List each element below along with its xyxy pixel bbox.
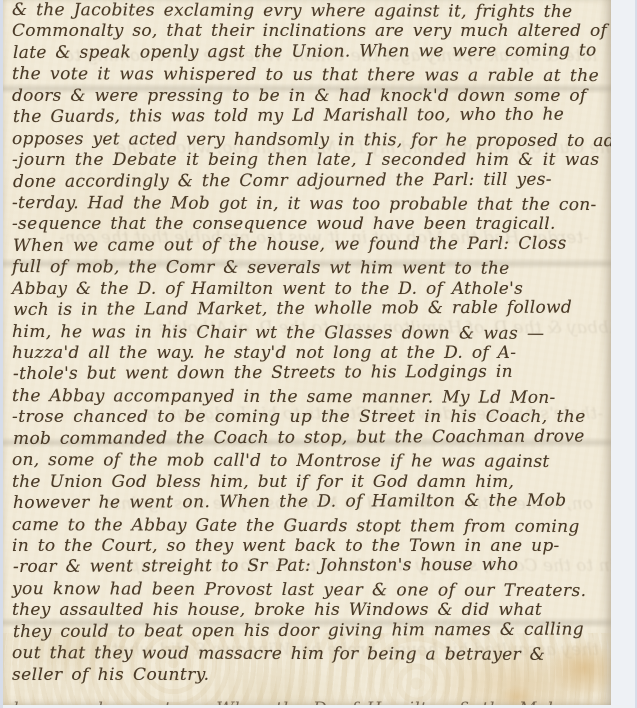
manuscript-line: out that they woud massacre him for bein… — [12, 643, 606, 667]
manuscript-line: -trose chanced to be coming up the Stree… — [12, 407, 606, 428]
manuscript-line: -terday. Had the Mob got in, it was too … — [12, 193, 606, 217]
manuscript-line: you know had been Provost last year & on… — [12, 579, 606, 603]
manuscript-page: late & speak openly agst the Union. When… — [3, 0, 611, 705]
manuscript-line: him, he was in his Chair wt the Glasses … — [12, 322, 606, 346]
letter-text: & the Jacobites exclaming evry where aga… — [12, 0, 606, 686]
manuscript-line: mob commanded the Coach to stop, but the… — [13, 426, 607, 450]
manuscript-line: & the Jacobites exclaming evry where aga… — [12, 0, 606, 24]
manuscript-line: the vote it was whispered to us that the… — [12, 64, 606, 88]
manuscript-line: seller of his Country. — [12, 665, 606, 686]
cut-off-bottom-line: however he went on. When the D. of Hamil… — [13, 699, 559, 705]
manuscript-line: -roar & went streight to Sr Pat: Johnsto… — [13, 555, 607, 579]
manuscript-line: they could to beat open his door giving … — [13, 619, 607, 643]
manuscript-line: opposes yet acted very handsomly in this… — [12, 129, 606, 153]
manuscript-line: however he went on. When the D. of Hamil… — [13, 490, 607, 514]
manuscript-line: done accordingly & the Comr adjourned th… — [13, 169, 607, 193]
manuscript-line: When we came out of the house, we found … — [13, 233, 607, 257]
manuscript-line: the Guards, this was told my Ld Marishal… — [13, 105, 607, 129]
manuscript-line: -sequence that the consequence woud have… — [12, 214, 606, 235]
manuscript-line: late & speak openly agst the Union. When… — [13, 40, 607, 64]
manuscript-line: -journ the Debate it being then late, I … — [12, 150, 606, 171]
manuscript-line: Commonalty so, that their inclinations a… — [12, 21, 606, 42]
manuscript-line: wch is in the Land Market, the wholle mo… — [13, 298, 607, 322]
manuscript-line: full of mob, the Comr & severals wt him … — [12, 257, 606, 281]
manuscript-line: on, some of the mob call'd to Montrose i… — [12, 450, 606, 474]
manuscript-line: the Abbay accompanyed in the same manner… — [12, 386, 606, 410]
manuscript-line: -thole's but went down the Streets to hi… — [13, 362, 607, 386]
scan-background: late & speak openly agst the Union. When… — [0, 0, 637, 708]
manuscript-line: they assaulted his house, broke his Wind… — [12, 600, 606, 621]
manuscript-line: came to the Abbay Gate the Guards stopt … — [12, 515, 606, 539]
